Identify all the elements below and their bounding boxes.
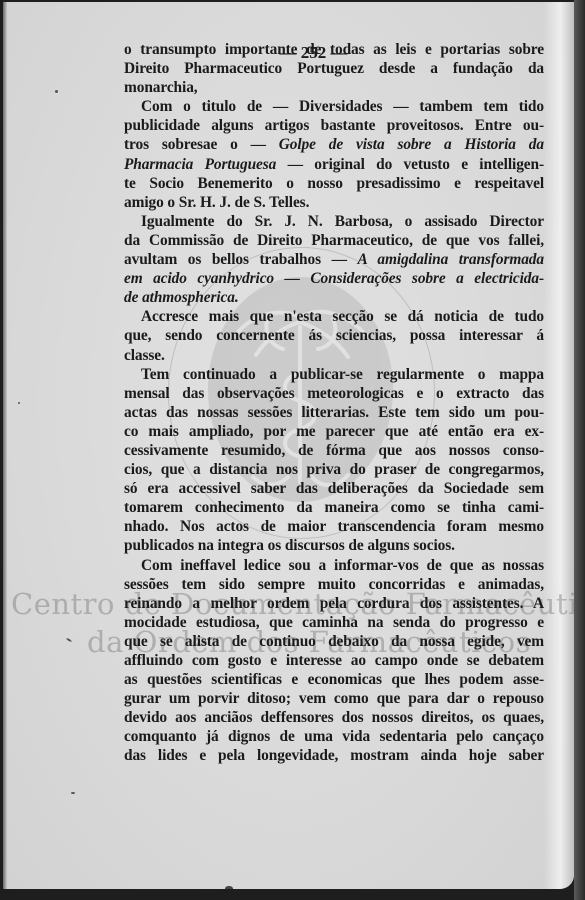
paper-speck [225, 886, 233, 889]
book-binding-edge [574, 0, 585, 900]
text-line: das lides e pela longevidade, mostram ai… [124, 746, 544, 765]
text-run: Tem continuado a publicar-se regularment… [141, 366, 544, 383]
text-run: comquanto já dignos de uma vida sedentar… [124, 728, 544, 745]
text-line: o transumpto importante de todas as leis… [124, 40, 544, 59]
text-line: classe. [124, 346, 544, 365]
text-line: só era accessivel saber das deliberações… [124, 479, 544, 498]
text-run: monarchia, [124, 79, 198, 96]
text-line: Direito Pharmaceutico Portuguez desde a … [124, 59, 544, 78]
text-run: devido aos anciãos deffensores dos nosso… [124, 709, 544, 726]
text-line: comquanto já dignos de uma vida sedentar… [124, 727, 544, 746]
text-line: amigo o Sr. H. J. de S. Telles. [124, 193, 544, 212]
text-run: nhado. Nos actos de maior transcendencia… [124, 518, 544, 535]
text-line: que se alista de continuo debaixo da nos… [124, 632, 544, 651]
text-line: as questões scientificas e economicas qu… [124, 670, 544, 689]
text-line: gurar um porvir ditoso; vem como que par… [124, 689, 544, 708]
paper-speck [55, 90, 58, 93]
text-run: mensal das observações meteorologicas e … [124, 385, 544, 402]
italic-title-run: de athmospherica. [124, 289, 239, 306]
text-line: sessões tem sido sempre muito concorrida… [124, 575, 544, 594]
text-run: as questões scientificas e economicas qu… [124, 671, 544, 688]
text-line: mocidade estudiosa, que caminha na senda… [124, 613, 544, 632]
page-right-curl [544, 2, 574, 889]
text-run: Direito Pharmaceutico Portuguez desde a … [124, 60, 544, 77]
text-run: das lides e pela longevidade, mostram ai… [124, 747, 544, 764]
text-run: reinando a melhor ordem pela cordura dos… [124, 595, 544, 612]
text-run: tros sobresae o — [124, 136, 279, 153]
italic-title-run: Pharmacia Portuguesa [124, 156, 276, 173]
text-run: que, sendo concernente ás sciencias, pos… [124, 327, 544, 344]
text-run: sessões tem sido sempre muito concorrida… [124, 576, 544, 593]
text-line: Igualmente do Sr. J. N. Barbosa, o assis… [124, 212, 544, 231]
text-run: te Socio Benemerito o nosso presadissimo… [124, 175, 544, 192]
text-line: tros sobresae o — Golpe de vista sobre a… [124, 135, 544, 154]
text-run: tomarem conhecimento da maneira como se … [124, 499, 544, 516]
text-run: Accresce mais que n'esta secção se dá no… [141, 308, 544, 325]
text-run: que se alista de continuo debaixo da nos… [124, 633, 544, 650]
text-run: affluindo com gosto e interesse ao campo… [124, 652, 544, 669]
text-run: o transumpto importante de todas as leis… [124, 41, 544, 58]
text-run: cios, que a distancia nos priva do prase… [124, 461, 544, 478]
text-line: Com o titulo de — Diversidades — tambem … [124, 97, 544, 116]
text-line: Accresce mais que n'esta secção se dá no… [124, 307, 544, 326]
text-run: — original do vetusto e intelligen- [276, 156, 544, 173]
text-line: te Socio Benemerito o nosso presadissimo… [124, 174, 544, 193]
paper-speck [66, 638, 72, 643]
text-line: de athmospherica. [124, 288, 544, 307]
text-line: em acido cyanhydrico — Considerações sob… [124, 269, 544, 288]
text-run: Com ineffavel ledice sou a informar-vos … [141, 557, 544, 574]
text-line: actas das nossas sessões litterarias. Es… [124, 403, 544, 422]
text-run: Igualmente do Sr. J. N. Barbosa, o assis… [141, 213, 544, 230]
text-line: devido aos anciãos deffensores dos nosso… [124, 708, 544, 727]
text-run: co mais ampliado, por me parecer que até… [124, 423, 544, 440]
italic-title-run: A amigdalina transformada [357, 251, 544, 268]
text-line: nhado. Nos actos de maior transcendencia… [124, 517, 544, 536]
text-run: publicados na integra os discursos de al… [124, 537, 455, 554]
page-left-shadow [3, 2, 7, 889]
body-text: o transumpto importante de todas as leis… [124, 40, 544, 766]
text-line: reinando a melhor ordem pela cordura dos… [124, 594, 544, 613]
text-run: da Commissão de Direito Pharmaceutico, d… [124, 232, 544, 249]
text-line: co mais ampliado, por me parecer que até… [124, 422, 544, 441]
text-line: publicados na integra os discursos de al… [124, 536, 544, 555]
text-line: cessivamente resumido, de fórma que aos … [124, 441, 544, 460]
text-run: publicidade alguns artigos bastante prov… [124, 117, 544, 134]
italic-title-run: em acido cyanhydrico — Considerações sob… [124, 270, 544, 287]
paper-speck [18, 402, 20, 404]
text-line: monarchia, [124, 78, 544, 97]
text-line: cios, que a distancia nos priva do prase… [124, 460, 544, 479]
text-run: actas das nossas sessões litterarias. Es… [124, 404, 544, 421]
text-line: Com ineffavel ledice sou a informar-vos … [124, 556, 544, 575]
text-line: Pharmacia Portuguesa — original do vetus… [124, 155, 544, 174]
paper-speck [71, 792, 75, 794]
italic-title-run: Golpe de vista sobre a Historia da [279, 136, 544, 153]
text-run: avultam os bellos trabalhos — [124, 251, 357, 268]
text-line: mensal das observações meteorologicas e … [124, 384, 544, 403]
text-line: que, sendo concernente ás sciencias, pos… [124, 326, 544, 345]
text-line: avultam os bellos trabalhos — A amigdali… [124, 250, 544, 269]
text-run: amigo o Sr. H. J. de S. Telles. [124, 194, 309, 211]
text-run: só era accessivel saber das deliberações… [124, 480, 544, 497]
text-run: mocidade estudiosa, que caminha na senda… [124, 614, 544, 631]
text-run: Com o titulo de — Diversidades — tambem … [141, 98, 544, 115]
text-run: cessivamente resumido, de fórma que aos … [124, 442, 544, 459]
text-run: gurar um porvir ditoso; vem como que par… [124, 690, 544, 707]
text-line: Tem continuado a publicar-se regularment… [124, 365, 544, 384]
text-run: classe. [124, 347, 165, 364]
text-line: da Commissão de Direito Pharmaceutico, d… [124, 231, 544, 250]
scanned-page: Centro de Documentação Farmacêutica da O… [3, 2, 574, 889]
text-line: affluindo com gosto e interesse ao campo… [124, 651, 544, 670]
text-line: publicidade alguns artigos bastante prov… [124, 116, 544, 135]
text-line: tomarem conhecimento da maneira como se … [124, 498, 544, 517]
